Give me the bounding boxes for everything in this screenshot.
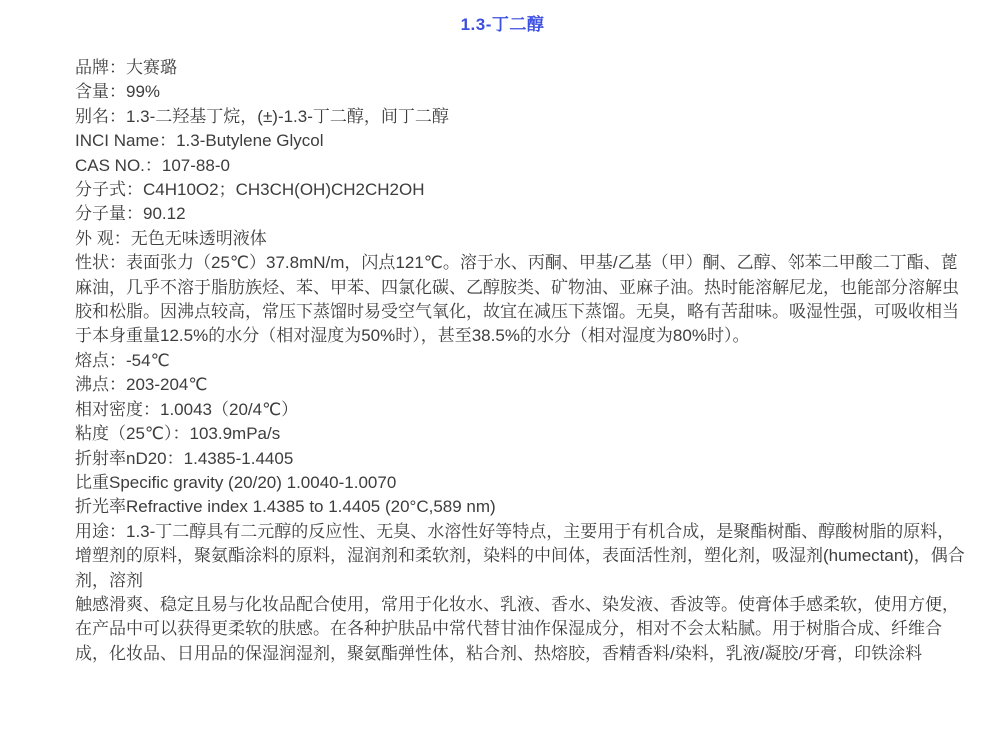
doc-line-molecular-formula: 分子式：C4H10O2；CH3CH(OH)CH2CH2OH: [75, 178, 967, 202]
doc-line-alias: 别名：1.3-二羟基丁烷，(±)-1.3-丁二醇，间丁二醇: [75, 105, 967, 129]
doc-line-appearance: 外 观：无色无味透明液体: [75, 227, 967, 251]
document-body: 品牌：大赛璐 含量：99% 别名：1.3-二羟基丁烷，(±)-1.3-丁二醇，间…: [75, 56, 967, 666]
doc-paragraph-uses: 用途：1.3-丁二醇具有二元醇的反应性、无臭、水溶性好等特点，主要用于有机合成，…: [75, 520, 967, 593]
doc-paragraph-properties: 性状：表面张力（25℃）37.8mN/m，闪点121℃。溶于水、丙酮、甲基/乙基…: [75, 251, 967, 349]
doc-paragraph-cosmetic-uses: 触感滑爽、稳定且易与化妆品配合使用，常用于化妆水、乳液、香水、染发液、香波等。使…: [75, 593, 967, 666]
doc-line-viscosity: 粘度（25℃）：103.9mPa/s: [75, 422, 967, 446]
doc-line-refractive-nd20: 折射率nD20：1.4385-1.4405: [75, 447, 967, 471]
doc-line-inci-name: INCI Name：1.3-Butylene Glycol: [75, 129, 967, 153]
page-title: 1.3-丁二醇: [0, 13, 1005, 37]
doc-line-melting-point: 熔点：-54℃: [75, 349, 967, 373]
doc-line-content-percent: 含量：99%: [75, 80, 967, 104]
doc-line-molecular-weight: 分子量：90.12: [75, 202, 967, 226]
doc-line-brand: 品牌：大赛璐: [75, 56, 967, 80]
doc-line-relative-density: 相对密度：1.0043（20/4℃）: [75, 398, 967, 422]
doc-line-boiling-point: 沸点：203-204℃: [75, 373, 967, 397]
doc-line-specific-gravity: 比重Specific gravity (20/20) 1.0040-1.0070: [75, 471, 967, 495]
doc-line-cas-no: CAS NO.：107-88-0: [75, 154, 967, 178]
doc-line-refractive-index: 折光率Refractive index 1.4385 to 1.4405 (20…: [75, 495, 967, 519]
